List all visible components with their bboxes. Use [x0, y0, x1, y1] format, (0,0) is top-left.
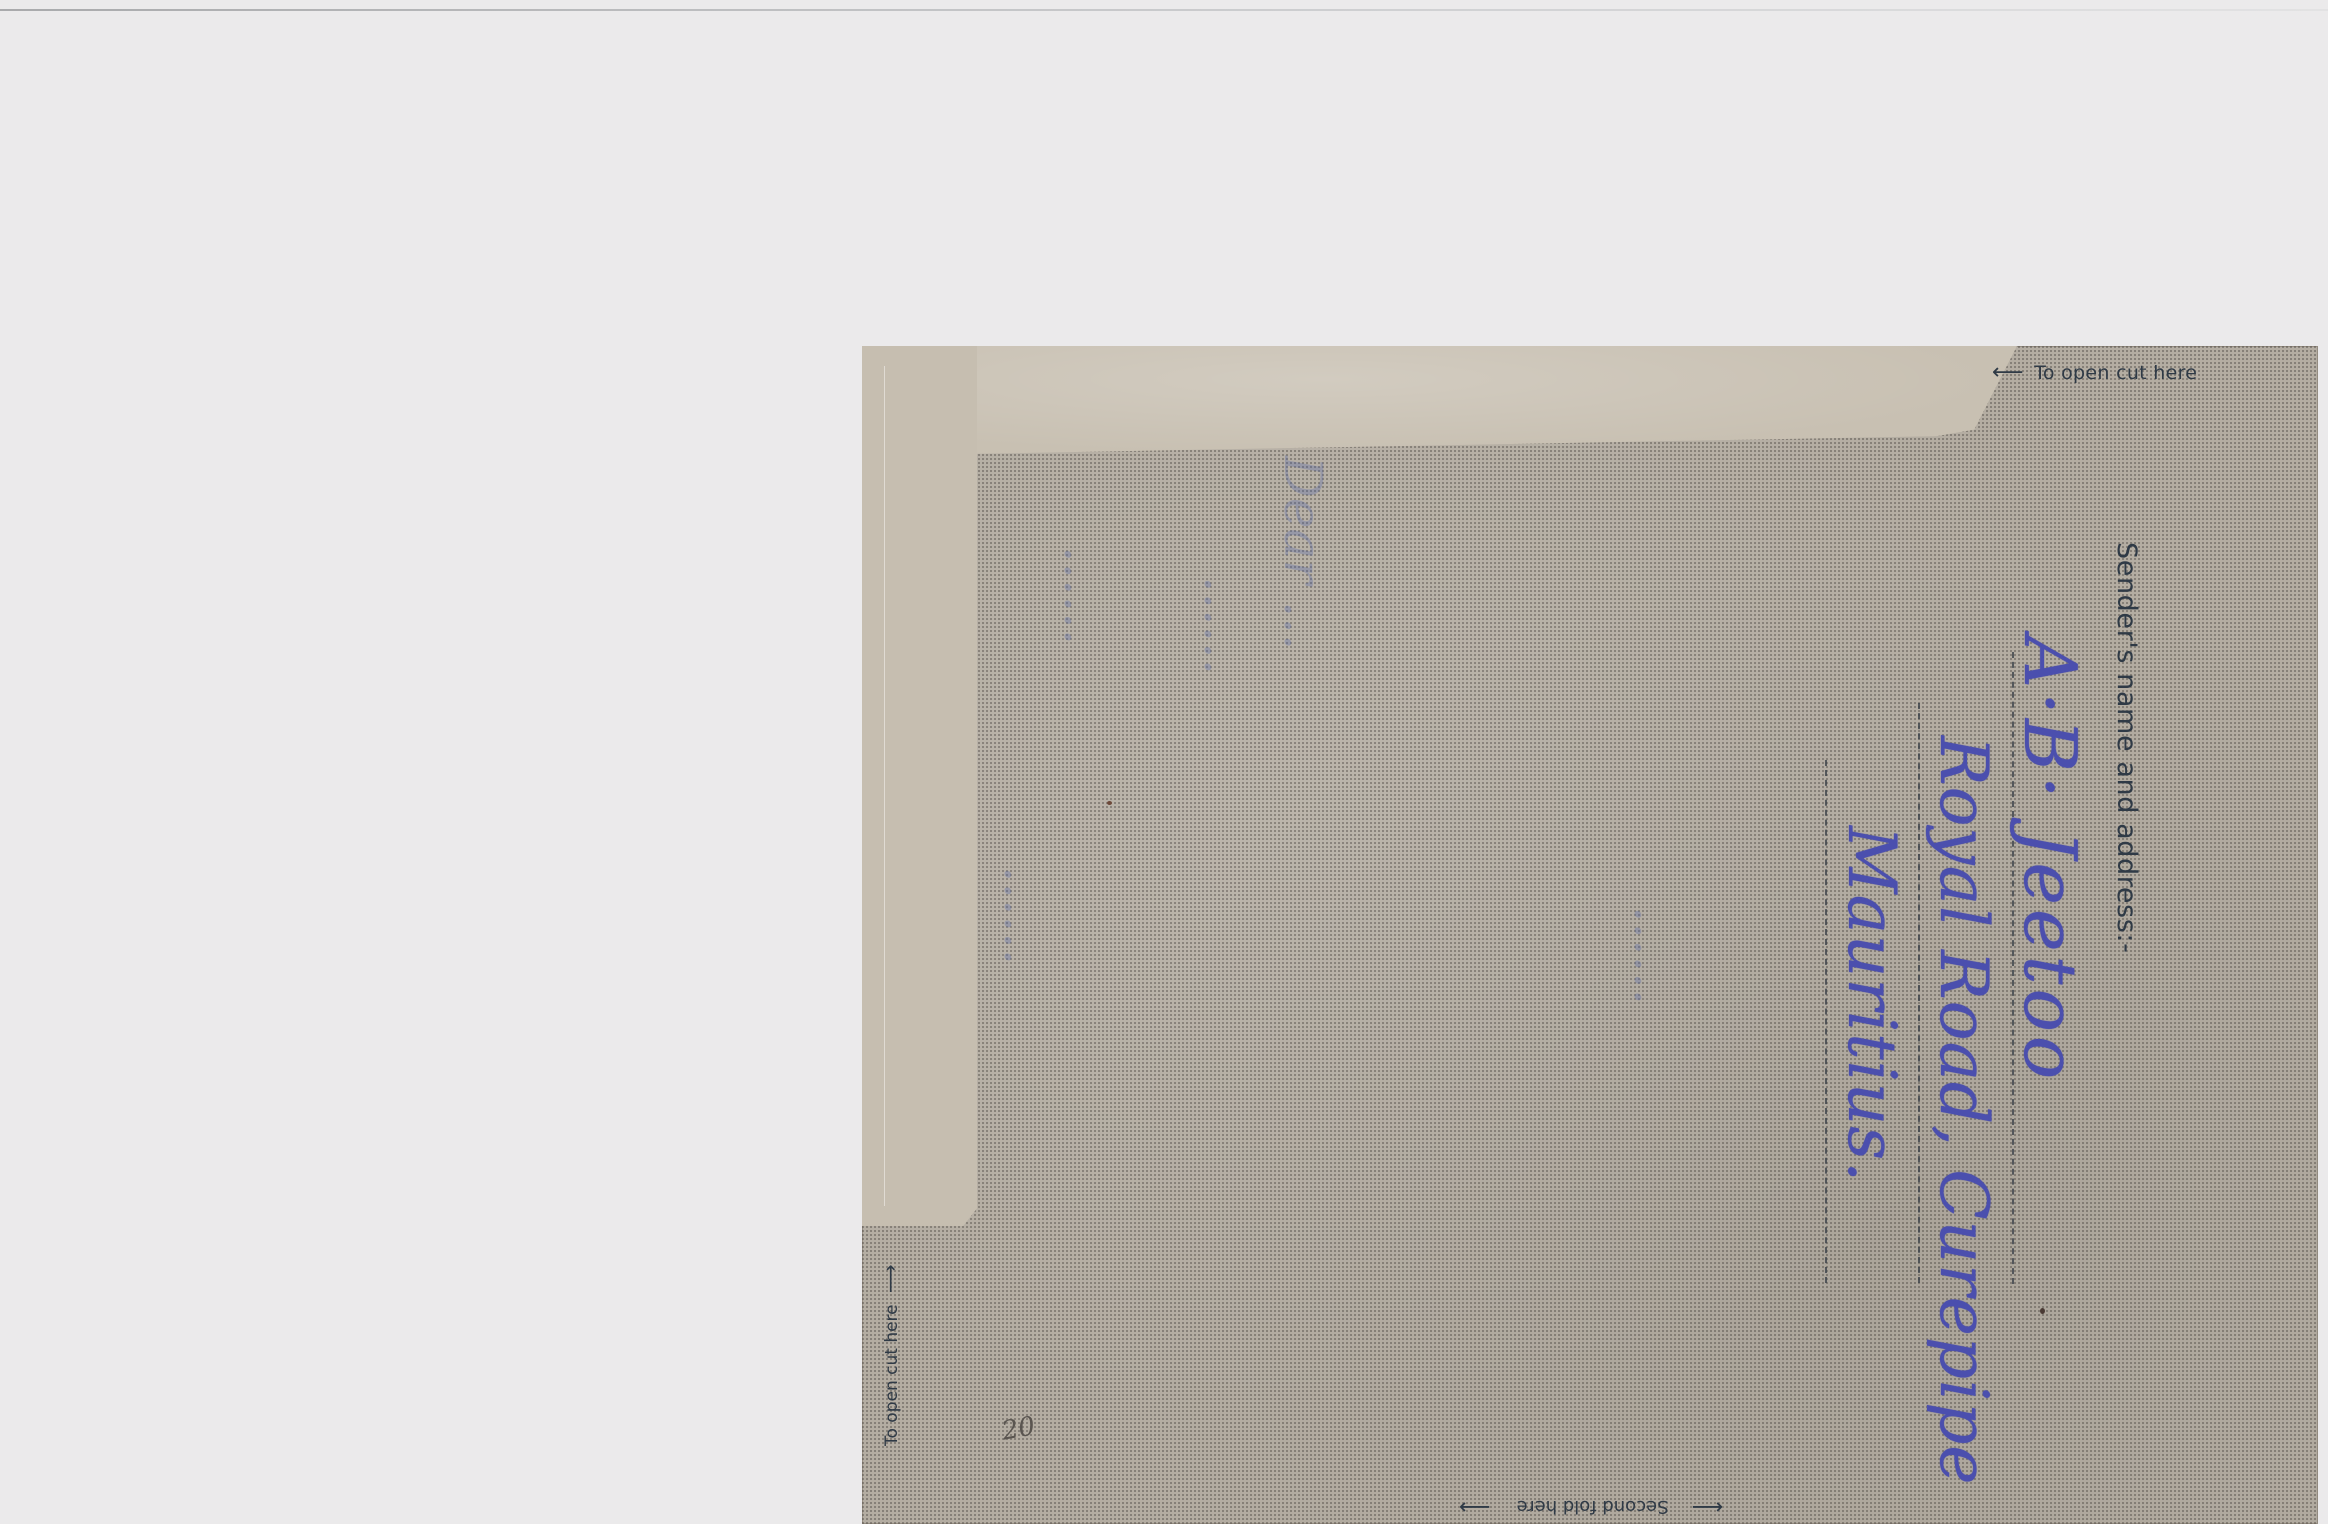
left-cut-instruction: To open cut here ⟶ — [878, 1264, 902, 1446]
show-through-text: ...... — [1622, 906, 1682, 1005]
arrow-left-icon: ⟵ — [1695, 1494, 1724, 1519]
sender-street: Royal Road, Curepipe — [1925, 736, 2002, 1485]
top-flap — [862, 346, 2017, 456]
arrow-left-icon: ⟵ — [1992, 360, 2024, 385]
pencil-note: 20 — [1000, 1411, 1038, 1446]
show-through-text: ...... — [1192, 576, 1252, 675]
left-flap — [862, 346, 977, 1226]
arrow-right-icon: ⟶ — [1462, 1494, 1491, 1519]
top-cut-label: To open cut here — [2034, 362, 2197, 384]
stain-speck — [1107, 801, 1112, 805]
scan-edge-line — [0, 9, 2328, 11]
sender-address-label: Sender's name and address:- — [2111, 542, 2142, 953]
aerogramme-sheet: Dear ... ...... ...... ...... ...... ⟵ T… — [862, 346, 2318, 1524]
sender-name: A·B· Jeetoo — [2008, 636, 2092, 1083]
show-through-text: Dear ... — [1272, 456, 1332, 650]
show-through-text: ...... — [1052, 546, 1112, 645]
stain-speck — [2040, 1308, 2045, 1314]
address-line-2 — [1918, 703, 1920, 1283]
arrow-up-icon: ⟶ — [878, 1264, 902, 1293]
top-cut-instruction: ⟵ To open cut here — [1992, 360, 2197, 385]
show-through-text: ...... — [992, 866, 1052, 965]
left-cut-label: To open cut here — [882, 1304, 902, 1446]
second-fold-label: Second fold here — [1517, 1496, 1669, 1517]
sender-country: Mauritius. — [1833, 826, 1910, 1183]
address-line-3 — [1825, 760, 1827, 1283]
second-fold-instruction: ⟵ Second fold here ⟶ — [1462, 1494, 1723, 1519]
